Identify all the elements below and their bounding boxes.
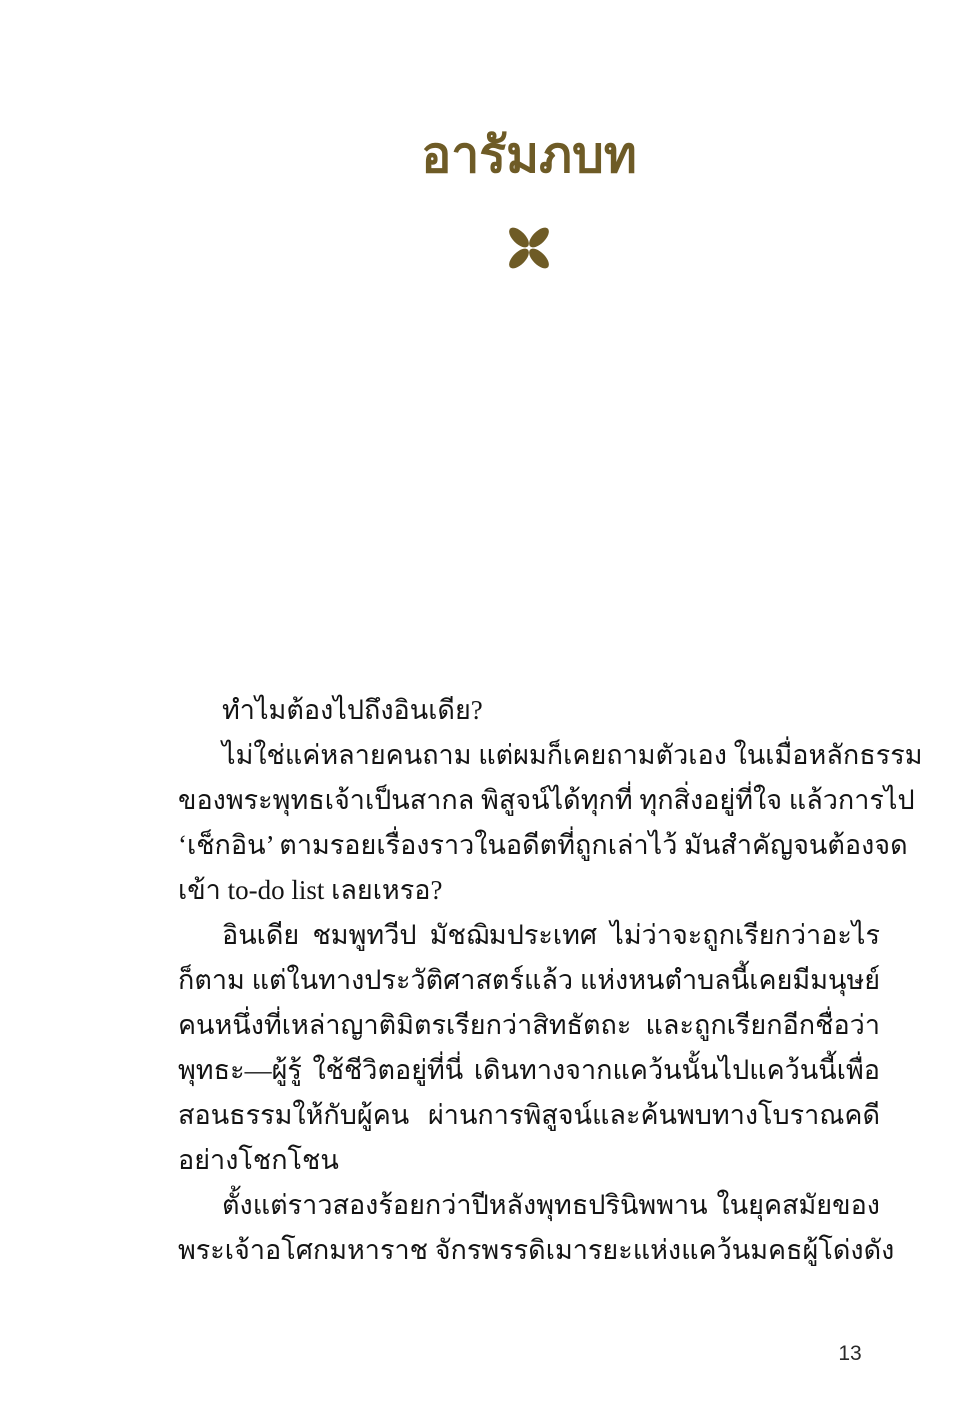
page-number: 13 [815,1340,885,1368]
body-text-line: เข้า to-do list เลยเหรอ? [178,868,880,913]
paragraph: ไม่ใช่แค่หลายคนถาม แต่ผมก็เคยถามตัวเอง ใ… [178,733,880,913]
body-text-line: ของพระพุทธเจ้าเป็นสากล พิสูจน์ได้ทุกที่ … [178,778,880,823]
book-page: อารัมภบท ทำไมต้องไปถึงอินเดีย? ไม่ใช่แค่… [0,0,967,1407]
body-text-line: พระเจ้าอโศกมหาราช จักรพรรดิเมารยะแห่งแคว… [178,1228,880,1273]
body-text-line: ‘เช็กอิน’ ตามรอยเรื่องราวในอดีตที่ถูกเล่… [178,823,880,868]
body-text-line: ไม่ใช่แค่หลายคนถาม แต่ผมก็เคยถามตัวเอง ใ… [178,733,880,778]
body-text-line: อย่างโชกโชน [178,1138,880,1183]
paragraph: อินเดีย ชมพูทวีป มัชฌิมประเทศ ไม่ว่าจะถู… [178,913,880,1183]
paragraph: ทำไมต้องไปถึงอินเดีย? [178,688,880,733]
four-petal-leaf-icon [504,224,554,277]
body-text-line: ก็ตาม แต่ในทางประวัติศาสตร์แล้ว แห่งหนตำ… [178,958,880,1003]
ornament-container [178,224,880,277]
body-text-line: ตั้งแต่ราวสองร้อยกว่าปีหลังพุทธปรินิพพาน… [178,1183,880,1228]
paragraph: ตั้งแต่ราวสองร้อยกว่าปีหลังพุทธปรินิพพาน… [178,1183,880,1273]
body-text-line: พุทธะ—ผู้รู้ ใช้ชีวิตอยู่ที่นี่ เดินทางจ… [178,1048,880,1093]
body-text-line: ทำไมต้องไปถึงอินเดีย? [178,688,880,733]
body-text: ทำไมต้องไปถึงอินเดีย? ไม่ใช่แค่หลายคนถาม… [178,688,880,1273]
body-text-line: สอนธรรมให้กับผู้คน ผ่านการพิสูจน์และค้นพ… [178,1093,880,1138]
body-text-line: อินเดีย ชมพูทวีป มัชฌิมประเทศ ไม่ว่าจะถู… [178,913,880,958]
body-text-line: คนหนึ่งที่เหล่าญาติมิตรเรียกว่าสิทธัตถะ … [178,1003,880,1048]
chapter-title: อารัมภบท [178,126,880,184]
